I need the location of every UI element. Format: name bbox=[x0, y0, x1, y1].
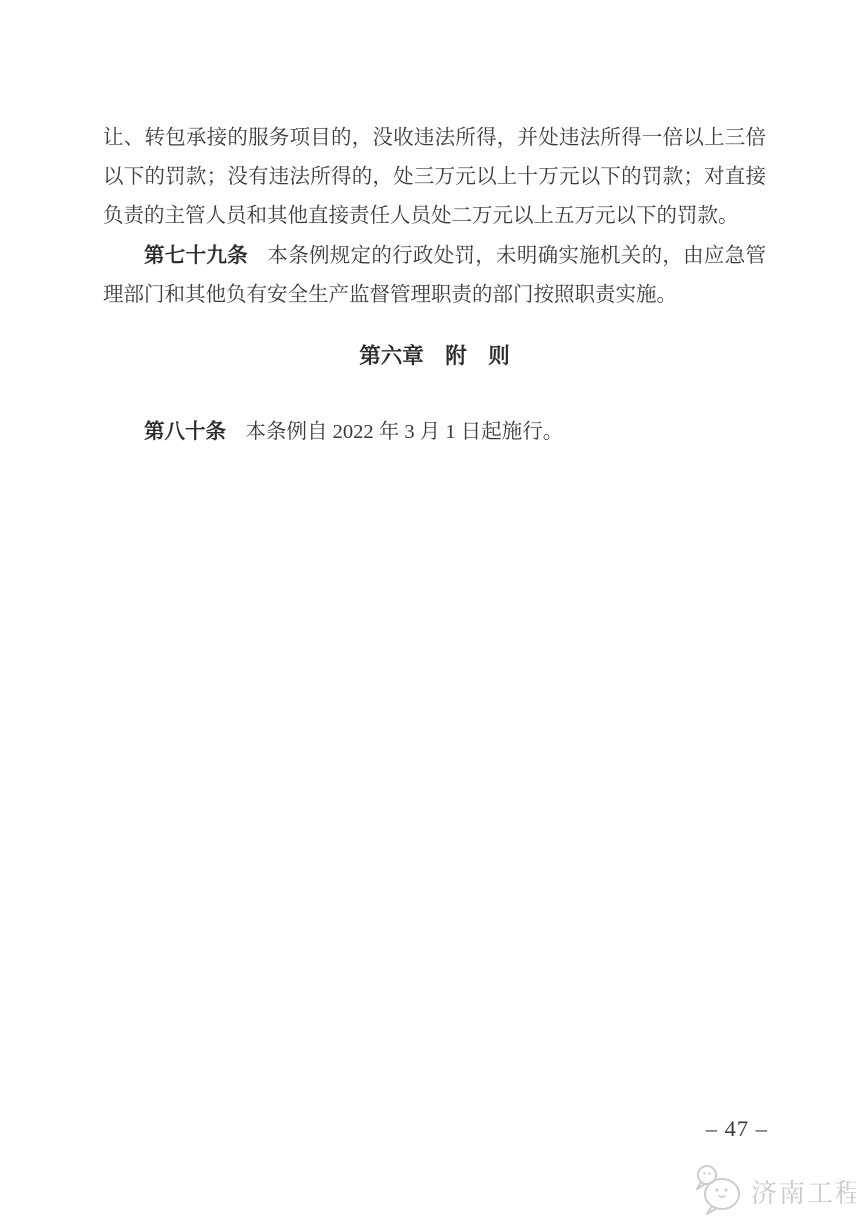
document-body: 让、转包承接的服务项目的，没收违法所得，并处违法所得一倍以上三倍以下的罚款；没有… bbox=[103, 119, 766, 452]
paragraph-continuation: 让、转包承接的服务项目的，没收违法所得，并处违法所得一倍以上三倍以下的罚款；没有… bbox=[103, 119, 766, 236]
watermark-label: 济南工程 bbox=[751, 1180, 856, 1206]
article-79: 第七十九条本条例规定的行政处罚，未明确实施机关的，由应急管理部门和其他负有安全生… bbox=[103, 236, 766, 315]
chapter-heading: 第六章 附 则 bbox=[103, 337, 766, 376]
page-number: – 47 – bbox=[706, 1116, 768, 1142]
document-page: 让、转包承接的服务项目的，没收违法所得，并处违法所得一倍以上三倍以下的罚款；没有… bbox=[0, 0, 856, 1225]
article-80-text: 本条例自 2022 年 3 月 1 日起施行。 bbox=[245, 421, 563, 443]
watermark: 济南工程 bbox=[692, 1162, 856, 1218]
article-79-number: 第七十九条 bbox=[144, 244, 248, 267]
wechat-logo-icon bbox=[692, 1162, 744, 1218]
article-80-number: 第八十条 bbox=[144, 420, 226, 443]
article-80: 第八十条本条例自 2022 年 3 月 1 日起施行。 bbox=[103, 412, 766, 452]
